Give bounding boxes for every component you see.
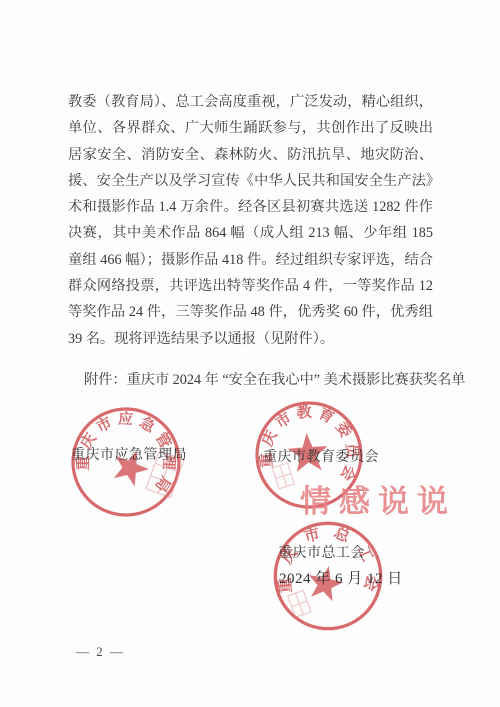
body-line: 39 名。现将评选结果予以通报（见附件）。: [68, 326, 433, 352]
body-line: 决赛，其中美术作品 864 幅（成人组 213 幅、少年组 185 幅、儿: [68, 220, 433, 246]
body-line: 单位、各界群众、广大师生踊跃参与，共创作出了反映出行安全、: [68, 115, 433, 141]
svg-text:重庆市教育委员会: 重庆市教育委员会: [252, 395, 369, 489]
body-line: 居家安全、消防安全、森林防火、防汛抗旱、地灾防治、应急救: [68, 142, 433, 168]
body-line: 教委（教育局）、总工会高度重视，广泛发动，精心组织，各级: [68, 89, 433, 115]
body-line: 群众网络投票，共评选出特等奖作品 4 件，一等奖作品 12 件，二: [68, 273, 433, 299]
page-number: — 2 —: [76, 644, 125, 660]
seal-anticopy-grid: [272, 463, 294, 489]
signature-trade-union: 重庆市总工会: [278, 546, 365, 562]
body-line: 援、安全生产以及学习宣传《中华人民共和国安全生产法》的美: [68, 168, 433, 194]
body-line: 术和摄影作品 1.4 万余件。经各区县初赛共选送 1282 件作品参加: [68, 194, 433, 220]
body-line: 等奖作品 24 件，三等奖作品 48 件，优秀奖 60 件，优秀组织奖: [68, 299, 433, 325]
site-watermark: 情感说说: [300, 485, 456, 519]
signature-emergency-bureau: 重庆市应急管理局: [71, 448, 187, 464]
attachment-line: 附件：重庆市 2024 年 “安全在我心中” 美术摄影比赛获奖名单: [84, 370, 484, 390]
document-page: 教委（教育局）、总工会高度重视，广泛发动，精心组织，各级 单位、各界群众、广大师…: [0, 0, 500, 707]
signature-education-commission: 重庆市教育委员会: [263, 450, 379, 466]
seal-arc-text: 重庆市教育委员会: [252, 395, 369, 489]
body-line: 童组 466 幅）；摄影作品 418 件。经过组织专家评选，结合广大: [68, 247, 433, 273]
document-date: 2024 年 6 月 12 日: [279, 571, 403, 588]
notice-body-paragraph: 教委（教育局）、总工会高度重视，广泛发动，精心组织，各级 单位、各界群众、广大师…: [68, 89, 433, 352]
